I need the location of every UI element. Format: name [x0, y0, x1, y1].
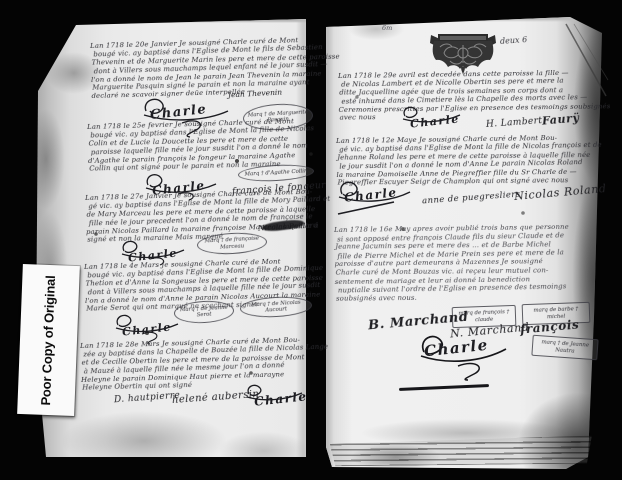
signature-cure-entry-4: Charle	[122, 318, 172, 337]
poor-copy-label-text: Poor Copy of Original	[39, 275, 59, 406]
signature-cure-marriage: Charle	[424, 338, 489, 357]
margin-annotation: 6m	[382, 24, 392, 32]
ink-specks	[0, 0, 2, 2]
signature-cure-entry-5: Charle	[254, 388, 308, 407]
marque-jeanne-nautra: marq † de Jeanne Nautra	[531, 335, 598, 361]
signature-cure-burial: Charle	[410, 110, 460, 129]
corner-annotation: deux 6	[500, 35, 528, 46]
fleuron-stamp-icon	[428, 33, 498, 75]
register-entry-3: Lan 1718 le 27e Janvier Je sousigné Char…	[85, 187, 328, 244]
signature-cure-entry-1: Charle	[150, 101, 207, 120]
poor-copy-label: Poor Copy of Original	[17, 264, 80, 416]
microfilm-scan-viewport: Lan 1718 le 20e Janvier Je sousigné Char…	[0, 0, 622, 480]
signature-cure-baptism-anne: Charle	[344, 184, 398, 203]
register-entry-marriage: Lan 1718 le 16e May apres avoir publié t…	[334, 223, 570, 304]
register-entry-1: Lan 1718 le 20e Janvier Je sousigné Char…	[90, 35, 340, 101]
